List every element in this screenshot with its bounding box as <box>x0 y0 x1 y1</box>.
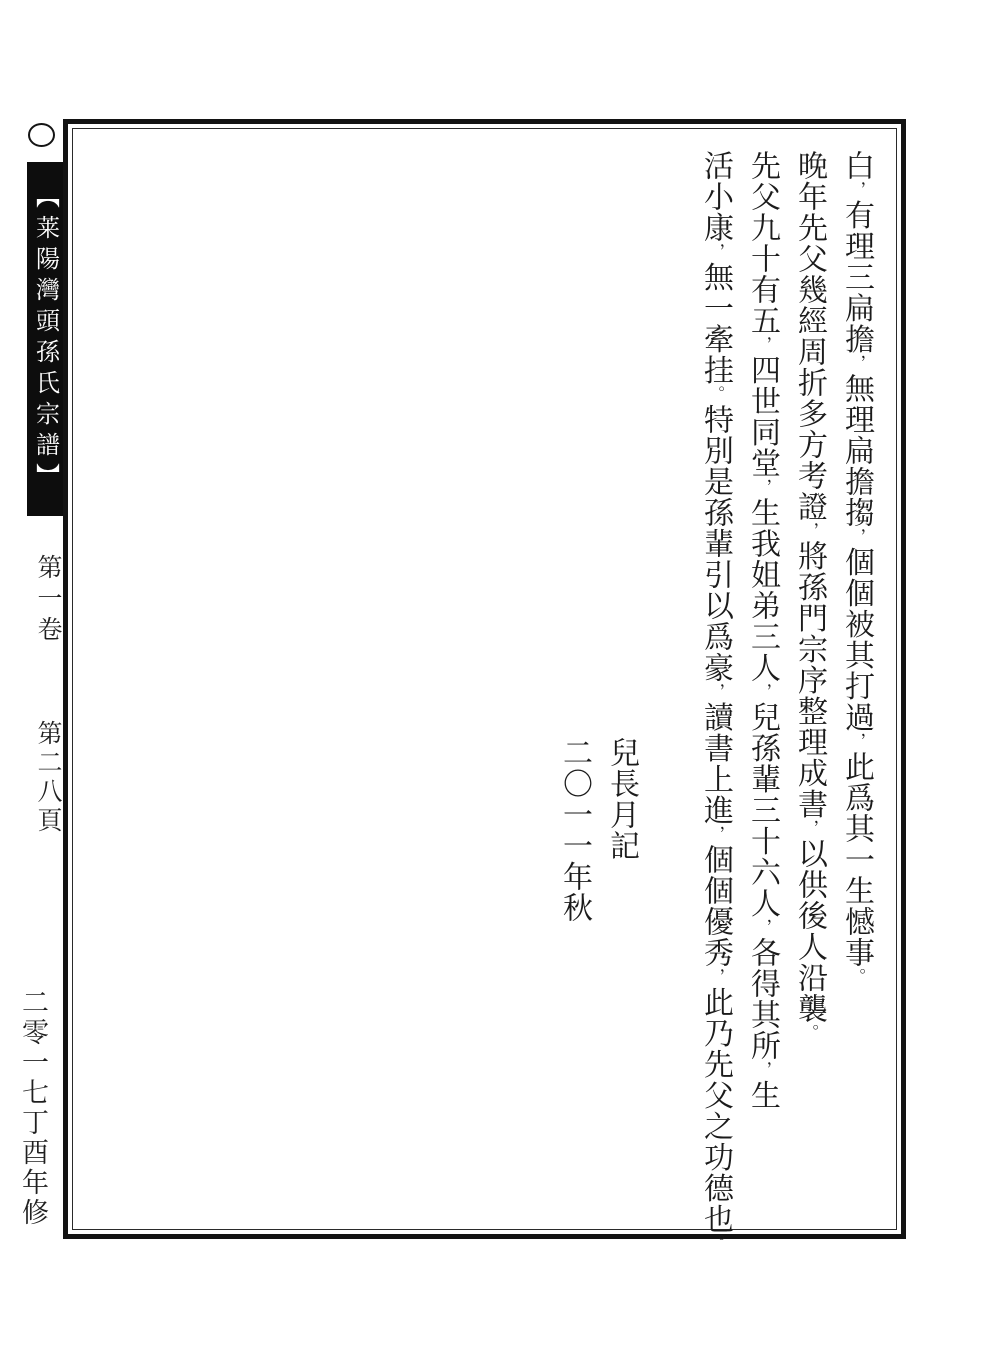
text-column-3: 先父九十有五，四世同堂，生我姐弟三人，兒孫輩三十六人，各得其所，生 <box>742 150 782 1220</box>
scanned-genealogy-page: { "sidebar": { "banner_title": "【莱陽灣頭孫氏宗… <box>0 0 1000 1357</box>
text-column-6: 二〇一一年秋 <box>554 737 594 1207</box>
text-column-1: 白，有理三扁擔，無理扁擔搊，個個被其打過，此爲其一生憾事。 <box>836 150 876 1220</box>
text-column-4: 活小康，無一牽挂。特別是孫輩引以爲豪，讀書上進，個個優秀，此乃先父之功德也。 <box>695 150 735 1220</box>
text-area: 白，有理三扁擔，無理扁擔搊，個個被其打過，此爲其一生憾事。晚年先父幾經周折多方考… <box>0 0 1000 1357</box>
text-column-2: 晚年先父幾經周折多方考證，將孫門宗序整理成書，以供後人沿襲。 <box>789 150 829 1220</box>
text-column-5: 兒長月記 <box>601 737 641 1207</box>
